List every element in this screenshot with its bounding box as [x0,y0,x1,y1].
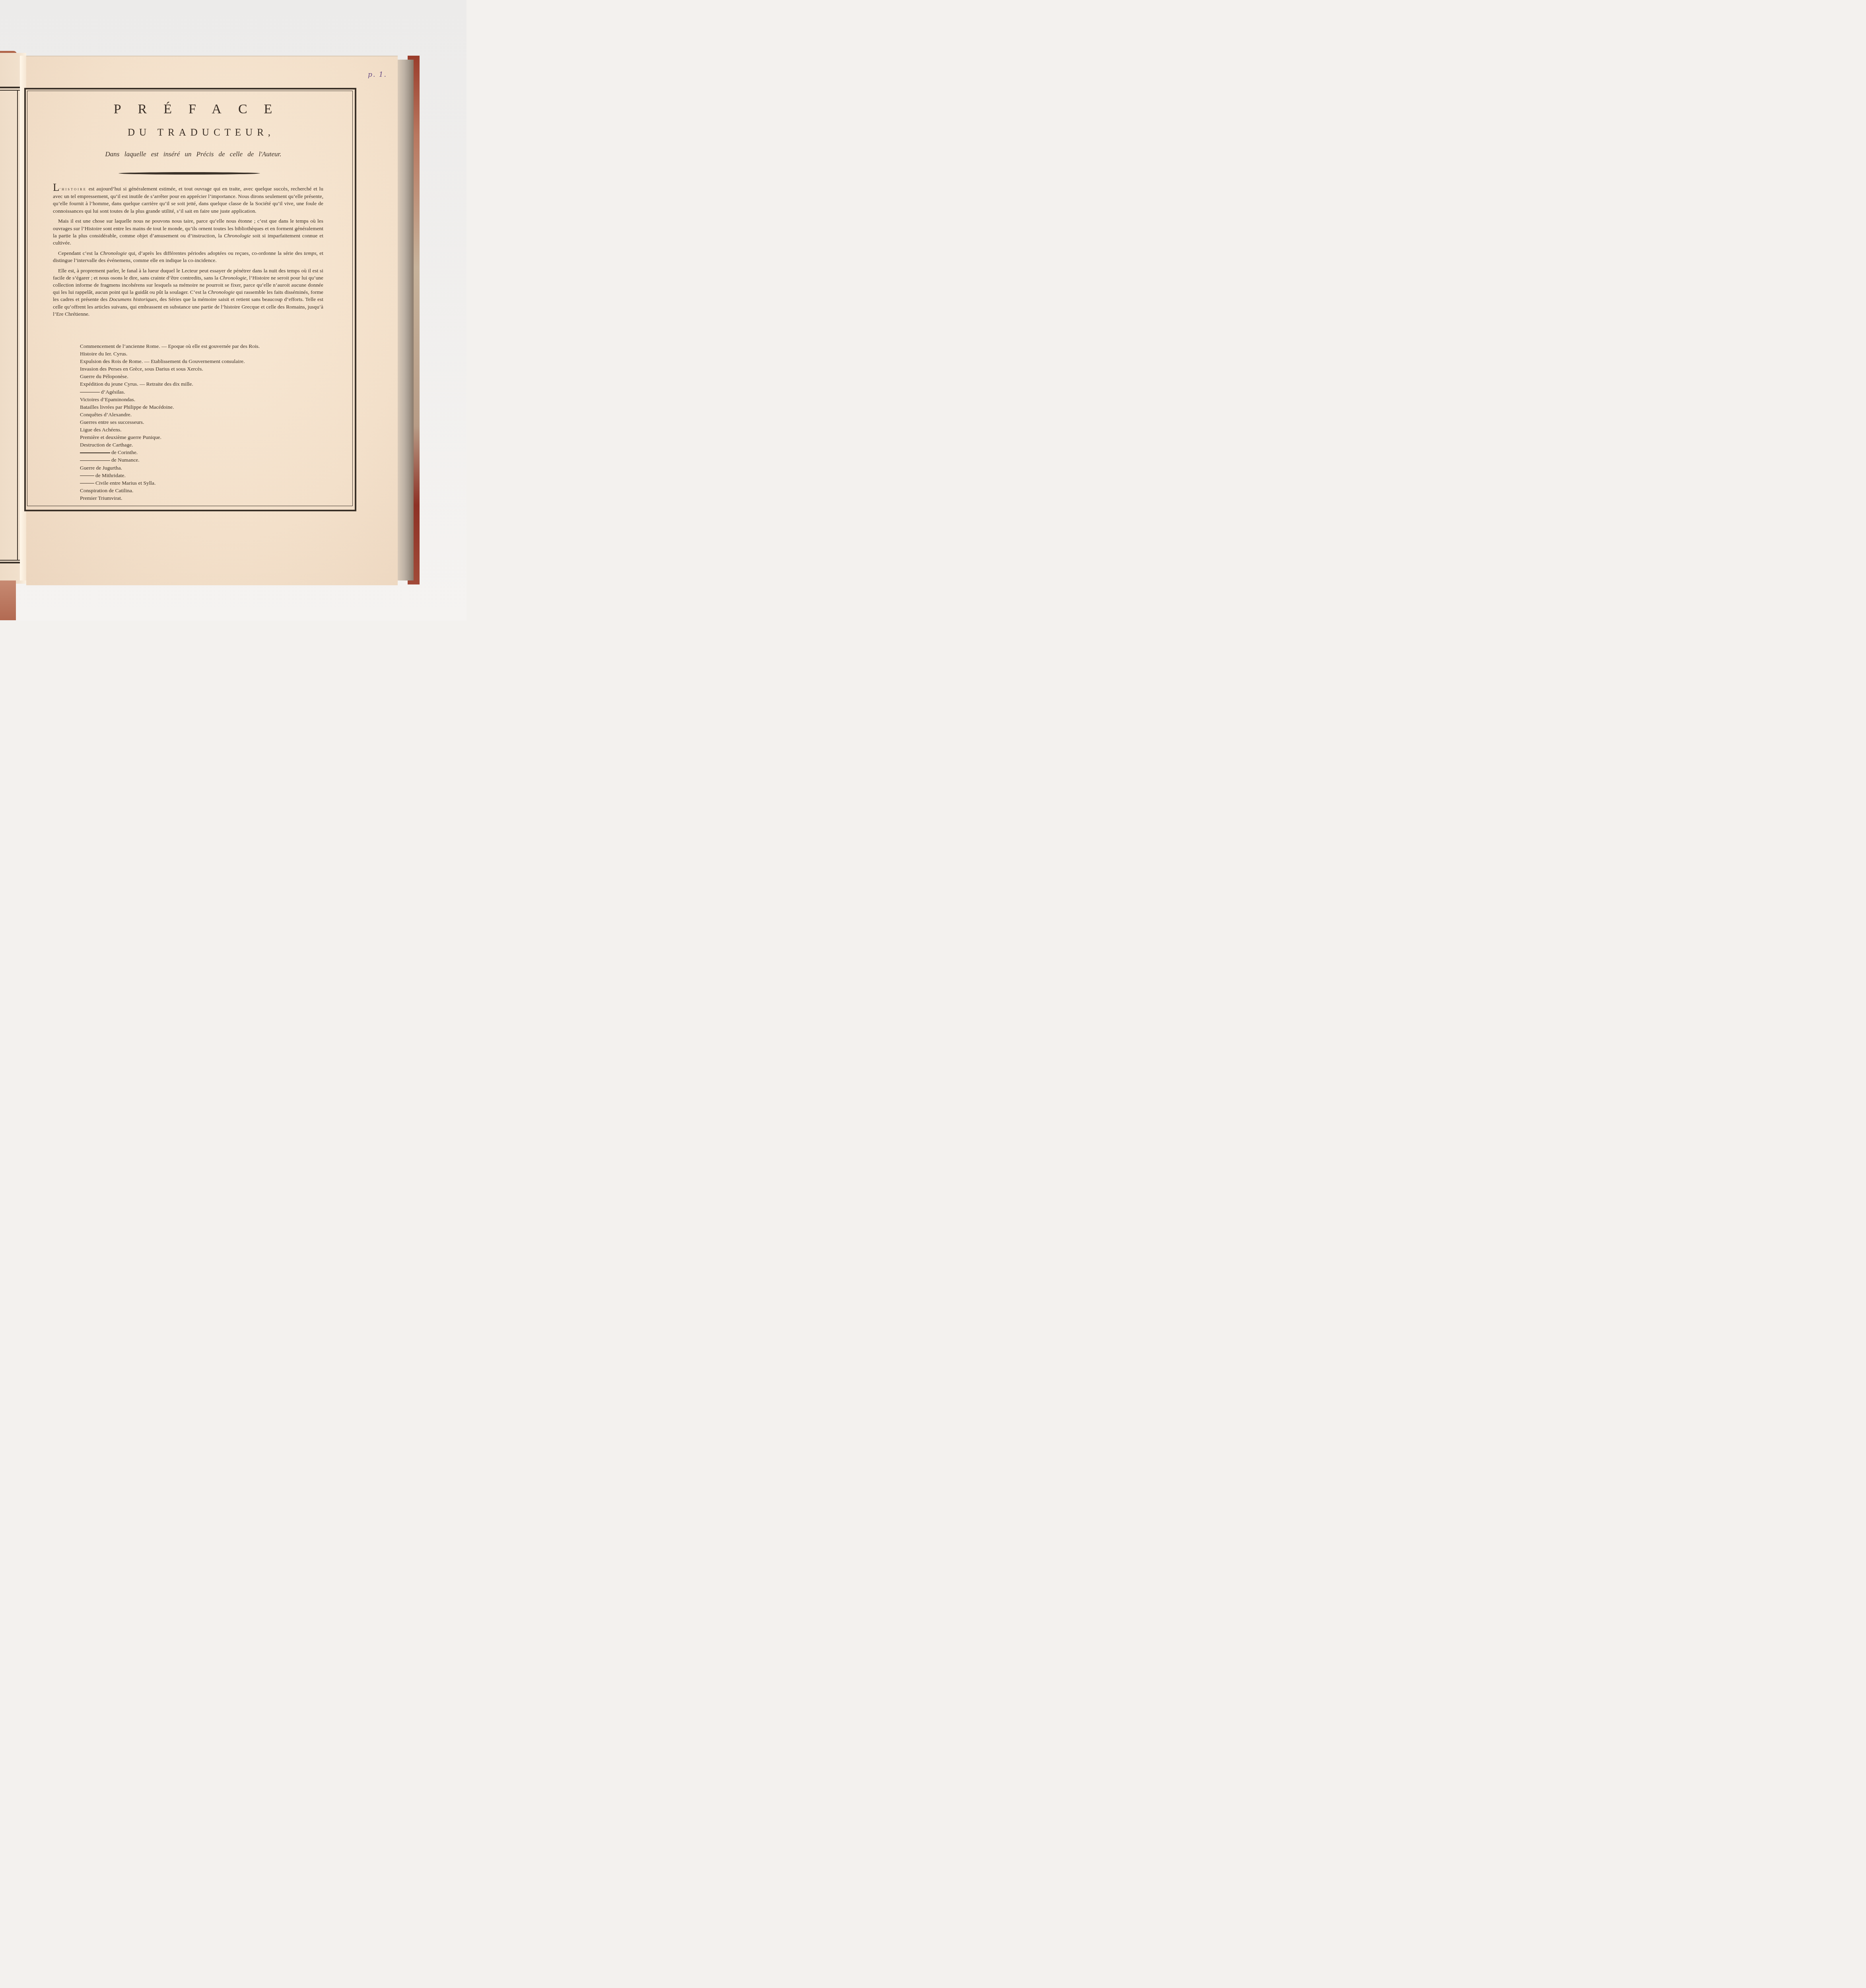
frame-rule [17,91,18,560]
list-item: Guerres entre ses successeurs. [80,418,319,426]
page-subtitle: DU TRADUCTEUR, [22,127,380,138]
list-item-text: d’Agésilas. [101,389,125,395]
list-item: Première et deuxième guerre Punique. [80,433,319,441]
list-item: Batailles livrées par Philippe de Macédo… [80,403,319,411]
ditto-dash [80,392,100,393]
list-item-text: Civile entre Marius et Sylla. [95,480,155,486]
paragraph-1: L’HISTOIRE est aujourd’hui si généraleme… [53,184,323,215]
list-item-text: de Mithridate. [95,472,126,478]
list-item: Premier Triumvirat. [80,494,319,502]
emphasis: temps [304,250,316,256]
paragraph-3: Cependant c’est la Chronologie qui, d’ap… [53,250,323,264]
list-item-text: de Corinthe. [111,449,138,455]
paragraph-2: Mais il est une chose sur laquelle nous … [53,217,323,247]
frame-rule [0,562,20,563]
list-item-text: Commencement de l’ancienne Rome. — Epoqu… [80,343,260,349]
list-item-text: Guerre de Jugurtha. [80,465,122,471]
list-item: Guerre du Péloponèse. [80,373,319,380]
page-tagline: Dans laquelle est inséré un Précis de ce… [30,150,356,158]
page-title: PRÉFACE [22,102,380,117]
list-item: Expédition du jeune Cyrus. — Retraite de… [80,380,319,388]
list-item-text: Guerre du Péloponèse. [80,373,128,379]
list-item: Conspiration de Catilina. [80,487,319,494]
emphasis: Chronologie [224,233,251,239]
emphasis: Chronologie [100,250,126,256]
list-item: d’Agésilas. [80,388,319,396]
list-item-text: de Numance. [111,457,140,463]
list-item: Conquêtes d’Alexandre. [80,411,319,418]
paragraph-text: est aujourd’hui si généralement estimée,… [53,186,323,214]
preface-body: L’HISTOIRE est aujourd’hui si généraleme… [53,184,323,320]
list-item: Victoires d’Epaminondas. [80,396,319,403]
ornamental-rule [119,172,260,175]
paragraph-4: Elle est, à proprement parler, le fanal … [53,267,323,318]
list-item: Expulsion des Rois de Rome. — Etablissem… [80,357,319,365]
ditto-dash [80,460,110,461]
list-item-text: Première et deuxième guerre Punique. [80,434,161,440]
list-item-text: Victoires d’Epaminondas. [80,396,135,402]
list-item: de Numance. [80,456,319,464]
paragraph-text: Cependant c’est la [58,250,100,256]
contents-list: Commencement de l’ancienne Rome. — Epoqu… [80,342,319,502]
paragraph-text: qui, d’après les différentes périodes ad… [127,250,304,256]
frame-rule [0,87,20,88]
list-item-text: Histoire du Ier. Cyrus. [80,351,127,357]
ditto-dash [80,452,110,453]
emphasis: Documens historiques [109,296,157,302]
list-item-text: Ligue des Achéens. [80,427,122,433]
list-item-text: Guerres entre ses successeurs. [80,419,144,425]
frame-rule [0,560,20,561]
ditto-dash [80,476,94,476]
list-item-text: Destruction de Carthage. [80,442,133,448]
list-item-text: Premier Triumvirat. [80,495,122,501]
list-item: Guerre de Jugurtha. [80,464,319,472]
drop-cap: L [53,181,60,193]
small-caps-word: ’HISTOIRE [60,187,87,191]
bookmark-ribbon [0,580,16,620]
ditto-dash [80,483,94,484]
list-item-text: Expédition du jeune Cyrus. — Retraite de… [80,381,193,387]
emphasis: Chronologie [208,289,235,295]
list-item: Histoire du Ier. Cyrus. [80,350,319,357]
list-item: Invasion des Perses en Grèce, sous Dariu… [80,365,319,373]
list-item: Civile entre Marius et Sylla. [80,479,319,487]
list-item-text: Conquêtes d’Alexandre. [80,412,132,417]
page-number-annotation: p. 1. [368,71,387,79]
emphasis: Chronologie [220,275,246,281]
list-item-text: Invasion des Perses en Grèce, sous Dariu… [80,366,203,372]
list-item: Ligue des Achéens. [80,426,319,433]
list-item: Commencement de l’ancienne Rome. — Epoqu… [80,342,319,350]
list-item-text: Batailles livrées par Philippe de Macédo… [80,404,174,410]
list-item: de Corinthe. [80,448,319,456]
list-item-text: Conspiration de Catilina. [80,487,133,493]
list-item: Destruction de Carthage. [80,441,319,448]
list-item-text: Expulsion des Rois de Rome. — Etablissem… [80,358,245,364]
page-fore-edge [398,60,414,580]
list-item: de Mithridate. [80,472,319,479]
